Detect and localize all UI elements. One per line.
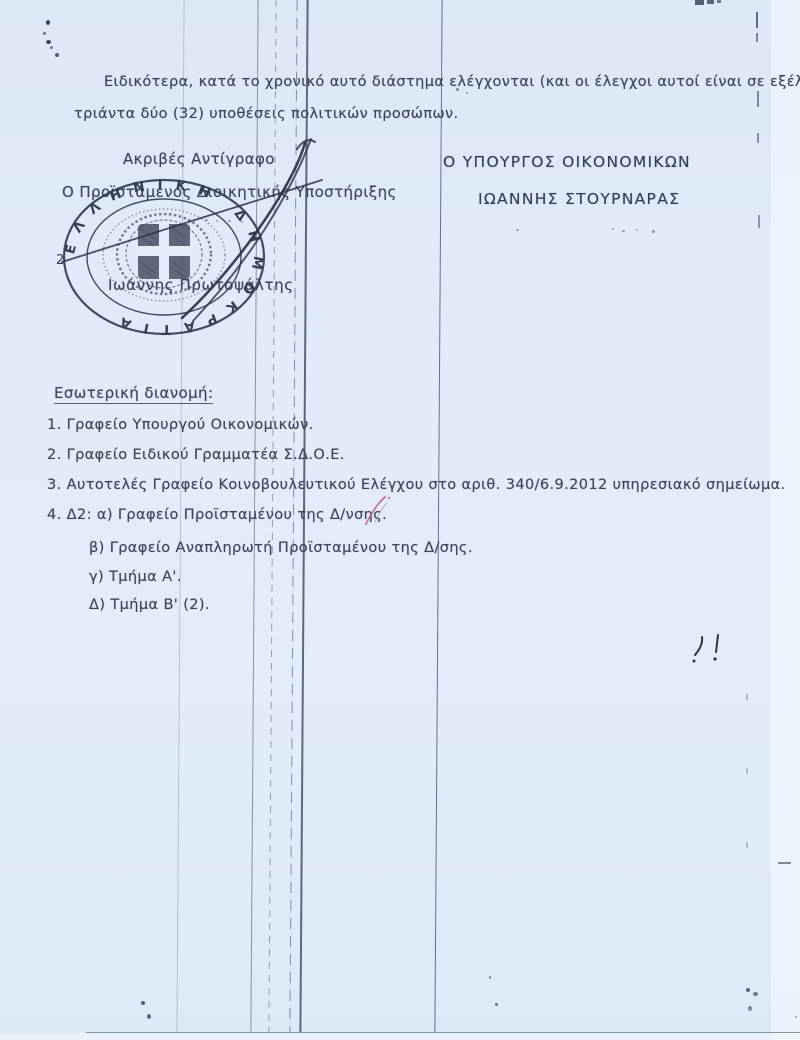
margin-dash	[757, 133, 759, 143]
ink-speck	[43, 32, 46, 35]
distribution-heading-text: Εσωτερική διανομή:	[54, 384, 213, 404]
signature-stroke	[297, 140, 315, 149]
exclamation-pen-marks	[688, 628, 732, 670]
distribution-item: 2. Γραφείο Ειδικού Γραμματέα Σ.Δ.Ο.Ε.	[47, 447, 345, 463]
margin-dash	[756, 33, 758, 42]
ink-speck	[46, 40, 51, 44]
distribution-subitem: Δ) Τμήμα Β' (2).	[89, 597, 210, 613]
ink-speck	[55, 53, 59, 57]
margin-dash	[757, 91, 759, 107]
margin-dash	[758, 215, 760, 228]
signature-stroke	[182, 143, 305, 318]
distribution-item: 3. Αυτοτελές Γραφείο Κοινοβουλευτικού Ελ…	[47, 477, 786, 493]
scan-bottom-edge	[0, 1033, 800, 1040]
ink-speck	[147, 1014, 151, 1019]
margin-dash-horizontal	[778, 862, 791, 864]
ink-speck	[466, 92, 468, 94]
ink-speck	[795, 1016, 797, 1018]
ink-speck	[516, 229, 519, 231]
margin-dash	[746, 768, 748, 774]
scan-right-edge	[771, 0, 800, 1040]
scanned-document-page: Ειδικότερα, κατά το χρονικό αυτό διάστημ…	[0, 0, 800, 1040]
distribution-item: 4. Δ2: α) Γραφείο Προϊσταμένου της Δ/νση…	[47, 507, 387, 523]
top-edge-fragment	[707, 0, 714, 4]
top-edge-fragment	[695, 0, 704, 5]
distribution-subitem: γ) Τμήμα Α'.	[89, 569, 182, 585]
minister-name: ΙΩΑΝΝΗΣ ΣΤΟΥΡΝΑΡΑΣ	[478, 190, 680, 208]
minister-title: Ο ΥΠΟΥΡΓΟΣ ΟΙΚΟΝΟΜΙΚΩΝ	[443, 153, 691, 171]
ink-speck	[652, 230, 655, 233]
signature-stroke	[62, 180, 322, 262]
top-edge-fragment	[717, 0, 721, 3]
ink-speck	[748, 1006, 752, 1011]
distribution-item: 1. Γραφείο Υπουργού Οικονομικών.	[47, 417, 314, 433]
margin-dash	[746, 842, 748, 848]
ink-speck	[622, 230, 625, 232]
ink-speck	[746, 988, 750, 992]
ink-speck	[753, 992, 758, 996]
fold-line-6	[434, 0, 442, 1032]
scan-bottom-line	[86, 1032, 800, 1033]
ink-speck	[495, 1003, 498, 1006]
distribution-heading: Εσωτερική διανομή:	[54, 384, 213, 402]
ink-speck	[636, 229, 638, 231]
paragraph-line-1: Ειδικότερα, κατά το χρονικό αυτό διάστημ…	[104, 74, 800, 90]
pink-pen-mark	[358, 492, 402, 530]
ink-speck	[46, 20, 50, 25]
distribution-subitem: β) Γραφείο Αναπληρωτή Προϊσταμένου της Δ…	[89, 540, 473, 556]
margin-dash	[746, 694, 748, 700]
ink-speck	[141, 1001, 145, 1005]
signature-strokes	[40, 118, 350, 348]
ink-speck	[50, 46, 53, 49]
ink-speck	[612, 228, 614, 230]
signature-stroke	[193, 139, 311, 321]
margin-dash	[756, 12, 758, 28]
ink-speck	[489, 976, 491, 979]
